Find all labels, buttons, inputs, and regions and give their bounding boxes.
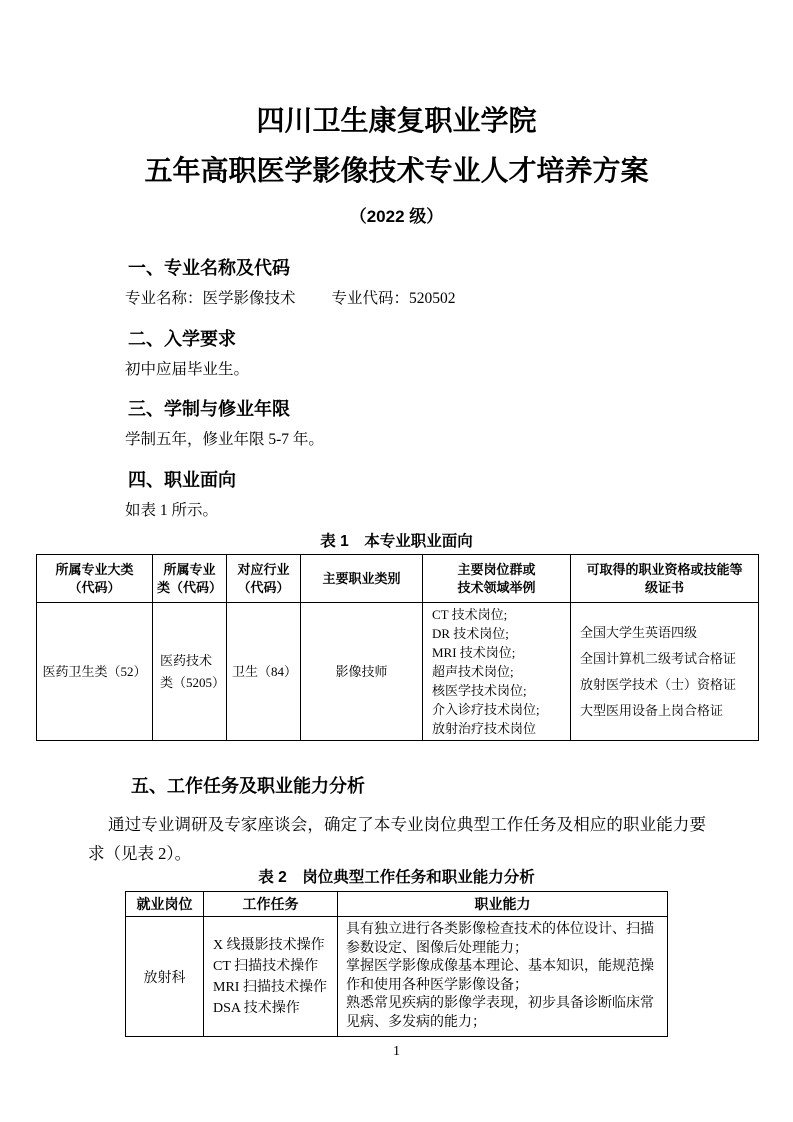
- section-3-body: 学制五年，修业年限 5-7 年。: [125, 429, 793, 450]
- table1-caption: 表 1 本专业职业面向: [0, 532, 793, 552]
- table2-header-tasks: 工作任务: [204, 892, 338, 917]
- table1-header-occupation: 主要职业类别: [301, 555, 423, 603]
- table1-header-row: 所属专业大类 （代码） 所属专业 类（代码） 对应行业 （代码） 主要职业类别 …: [37, 555, 759, 603]
- table1-career-orientation: 所属专业大类 （代码） 所属专业 类（代码） 对应行业 （代码） 主要职业类别 …: [36, 554, 759, 741]
- section-2-body: 初中应届毕业生。: [125, 359, 793, 380]
- document-page: 四川卫生康复职业学院 五年高职医学影像技术专业人才培养方案 （2022 级） 一…: [0, 0, 793, 1122]
- page-number: 1: [0, 1043, 793, 1061]
- major-code-text: 专业代码：520502: [332, 290, 456, 307]
- table2-task-ability-analysis: 就业岗位 工作任务 职业能力 放射科 X 线摄影技术操作 CT 扫描技术操作 M…: [125, 891, 668, 1037]
- section-4-body: 如表 1 所示。: [125, 500, 793, 521]
- table2-cell-post: 放射科: [126, 917, 204, 1037]
- table1-cell-certs: 全国大学生英语四级 全国计算机二级考试合格证 放射医学技术（士）资格证 大型医用…: [571, 603, 759, 741]
- table2-header-abilities: 职业能力: [338, 892, 668, 917]
- table1-header-major-class: 所属专业大类 （代码）: [37, 555, 153, 603]
- grade-label: （2022 级）: [0, 206, 793, 228]
- section-1-body: 专业名称：医学影像技术专业代码：520502: [125, 288, 793, 309]
- table2-cell-abilities: 具有独立进行各类影像检查技术的体位设计、扫描参数设定、图像后处理能力； 掌握医学…: [338, 917, 668, 1037]
- section-2-heading: 二、入学要求: [128, 327, 793, 351]
- section-3-heading: 三、学制与修业年限: [128, 397, 793, 421]
- table1-cell-major-class: 医药卫生类（52）: [37, 603, 153, 741]
- table1-cell-occupation: 影像技师: [301, 603, 423, 741]
- title-block: 四川卫生康复职业学院 五年高职医学影像技术专业人才培养方案 （2022 级）: [0, 104, 793, 228]
- table2-header-post: 就业岗位: [126, 892, 204, 917]
- table2-data-row: 放射科 X 线摄影技术操作 CT 扫描技术操作 MRI 扫描技术操作 DSA 技…: [126, 917, 668, 1037]
- table2-cell-tasks: X 线摄影技术操作 CT 扫描技术操作 MRI 扫描技术操作 DSA 技术操作: [204, 917, 338, 1037]
- table1-data-row: 医药卫生类（52） 医药技术 类（5205） 卫生（84） 影像技师 CT 技术…: [37, 603, 759, 741]
- table1-cell-major-sub: 医药技术 类（5205）: [153, 603, 227, 741]
- section-5-heading: 五、工作任务及职业能力分析: [131, 774, 793, 798]
- table1-header-certs: 可取得的职业资格或技能等 级证书: [571, 555, 759, 603]
- table1-cell-posts: CT 技术岗位; DR 技术岗位; MRI 技术岗位; 超声技术岗位; 核医学技…: [423, 603, 571, 741]
- table1-cell-industry: 卫生（84）: [227, 603, 301, 741]
- major-name-text: 专业名称：医学影像技术: [125, 290, 296, 307]
- table2-header-row: 就业岗位 工作任务 职业能力: [126, 892, 668, 917]
- doc-title-line1: 四川卫生康复职业学院: [0, 104, 793, 138]
- doc-title-line2: 五年高职医学影像技术专业人才培养方案: [0, 154, 793, 188]
- section-1-heading: 一、专业名称及代码: [128, 256, 793, 280]
- section-5-body: 通过专业调研及专家座谈会，确定了本专业岗位典型工作任务及相应的职业能力要求（见表…: [88, 810, 706, 868]
- table1-header-major-sub: 所属专业 类（代码）: [153, 555, 227, 603]
- section-4-heading: 四、职业面向: [128, 468, 793, 492]
- table1-header-industry: 对应行业 （代码）: [227, 555, 301, 603]
- table1-header-posts: 主要岗位群或 技术领域举例: [423, 555, 571, 603]
- table2-caption: 表 2 岗位典型工作任务和职业能力分析: [0, 868, 793, 888]
